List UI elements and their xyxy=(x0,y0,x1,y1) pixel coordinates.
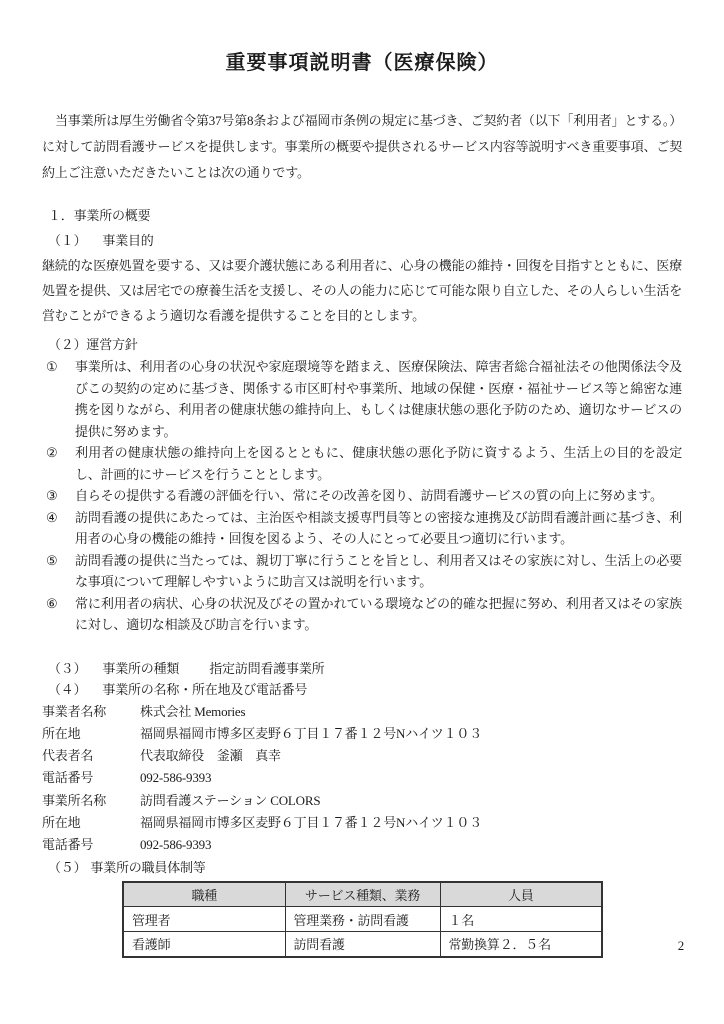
field-row: 代表者名 代表取締役 釜瀬 真幸 xyxy=(42,745,682,767)
subsection-title: 事業所の種類 xyxy=(102,661,179,676)
subsection-4-name-address-heading: （４）事業所の名称・所在地及び電話番号 xyxy=(42,679,682,701)
field-value: 福岡県福岡市博多区麦野６丁目１７番１２号Nハイツ１０３ xyxy=(140,723,682,745)
table-header-role: 職種 xyxy=(123,882,285,907)
policy-item-text: 訪問看護の提供に当たっては、親切丁寧に行うことを旨とし、利用者又はその家族に対し… xyxy=(75,553,682,590)
circled-number: ④ xyxy=(46,507,57,529)
table-cell-count: 常勤換算２．５名 xyxy=(440,932,602,957)
policy-item: ② 利用者の健康状態の維持向上を図るとともに、健康状態の悪化予防に資するよう、生… xyxy=(42,442,682,485)
policy-list: ① 事業所は、利用者の心身の状況や家庭環境等を踏まえ、医療保険法、障害者総合福祉… xyxy=(42,356,682,636)
policy-item: ① 事業所は、利用者の心身の状況や家庭環境等を踏まえ、医療保険法、障害者総合福祉… xyxy=(42,356,682,442)
subsection-1-purpose-heading: （１）事業目的 xyxy=(42,228,682,253)
field-label: 電話番号 xyxy=(42,834,140,856)
policy-item: ④ 訪問看護の提供にあたっては、主治医や相談支援専門員等との密接な連携及び訪問看… xyxy=(42,507,682,550)
field-label: 所在地 xyxy=(42,723,140,745)
table-cell-service: 管理業務・訪問看護 xyxy=(285,907,440,932)
field-value: 092-586-9393 xyxy=(140,767,682,789)
table-header-row: 職種 サービス種類、業務 人員 xyxy=(123,882,602,907)
circled-number: ① xyxy=(46,356,57,378)
subsection-title: 事業目的 xyxy=(102,233,153,248)
table-header-count: 人員 xyxy=(440,882,602,907)
field-value: 代表取締役 釜瀬 真幸 xyxy=(140,745,682,767)
document-content: 重要事項説明書（医療保険） 当事業所は厚生労働省令第37号第8条および福岡市条例… xyxy=(0,0,724,958)
circled-number: ⑥ xyxy=(46,593,57,615)
business-type-value: 指定訪問看護事業所 xyxy=(209,661,324,676)
policy-item-text: 自らその提供する看護の評価を行い、常にその改善を図り、訪問看護サービスの質の向上… xyxy=(75,488,663,503)
field-label: 所在地 xyxy=(42,812,140,834)
policy-item-text: 常に利用者の病状、心身の状況及びその置かれている環境などの的確な把握に努め、利用… xyxy=(75,596,682,633)
policy-item: ⑥ 常に利用者の病状、心身の状況及びその置かれている環境などの的確な把握に努め、… xyxy=(42,593,682,636)
policy-item-text: 事業所は、利用者の心身の状況や家庭環境等を踏まえ、医療保険法、障害者総合福祉法そ… xyxy=(75,359,682,439)
field-label: 事業者名称 xyxy=(42,701,140,723)
table-row: 看護師 訪問看護 常勤換算２．５名 xyxy=(123,932,602,957)
field-row: 電話番号 092-586-9393 xyxy=(42,834,682,856)
table-cell-role: 管理者 xyxy=(123,907,285,932)
table-cell-service: 訪問看護 xyxy=(285,932,440,957)
field-value: 株式会社 Memories xyxy=(140,701,682,723)
circled-number: ③ xyxy=(46,485,57,507)
field-label: 事業所名称 xyxy=(42,790,140,812)
table-header-service: サービス種類、業務 xyxy=(285,882,440,907)
circled-number: ⑤ xyxy=(46,550,57,572)
field-row: 所在地 福岡県福岡市博多区麦野６丁目１７番１２号Nハイツ１０３ xyxy=(42,812,682,834)
table-cell-role: 看護師 xyxy=(123,932,285,957)
policy-item-text: 訪問看護の提供にあたっては、主治医や相談支援専門員等との密接な連携及び訪問看護計… xyxy=(75,510,682,547)
policy-item-text: 利用者の健康状態の維持向上を図るとともに、健康状態の悪化予防に資するよう、生活上… xyxy=(75,445,682,482)
policy-item: ③ 自らその提供する看護の評価を行い、常にその改善を図り、訪問看護サービスの質の… xyxy=(42,485,682,507)
table-row: 管理者 管理業務・訪問看護 １名 xyxy=(123,907,602,932)
page-title: 重要事項説明書（医療保険） xyxy=(42,0,682,75)
field-row: 所在地 福岡県福岡市博多区麦野６丁目１７番１２号Nハイツ１０３ xyxy=(42,723,682,745)
staffing-table: 職種 サービス種類、業務 人員 管理者 管理業務・訪問看護 １名 看護師 訪問看… xyxy=(122,881,603,958)
subsection-2-policy-heading: （２）運営方針 xyxy=(42,334,682,356)
intro-paragraph: 当事業所は厚生労働省令第37号第8条および福岡市条例の規定に基づき、ご契約者（以… xyxy=(42,108,682,186)
subsection-label: （５） xyxy=(48,860,86,875)
name-address-fields: 事業者名称 株式会社 Memories 所在地 福岡県福岡市博多区麦野６丁目１７… xyxy=(42,701,682,857)
policy-item: ⑤ 訪問看護の提供に当たっては、親切丁寧に行うことを旨とし、利用者又はその家族に… xyxy=(42,550,682,593)
field-value: 092-586-9393 xyxy=(140,834,682,856)
section-1-heading: １．事業所の概要 xyxy=(42,203,682,228)
subsection-3-type-heading: （３）事業所の種類指定訪問看護事業所 xyxy=(42,658,682,680)
subsection-title: 運営方針 xyxy=(86,337,137,352)
subsection-label: （２） xyxy=(48,337,86,352)
subsection-label: （４） xyxy=(48,682,86,697)
table-cell-count: １名 xyxy=(440,907,602,932)
field-row: 電話番号 092-586-9393 xyxy=(42,767,682,789)
field-value: 訪問看護ステーション COLORS xyxy=(140,790,682,812)
subsection-title: 事業所の名称・所在地及び電話番号 xyxy=(102,682,307,697)
subsection-title: 事業所の職員体制等 xyxy=(90,860,205,875)
circled-number: ② xyxy=(46,442,57,464)
document-page: 重要事項説明書（医療保険） 当事業所は厚生労働省令第37号第8条および福岡市条例… xyxy=(0,0,724,1024)
subsection-label: （３） xyxy=(48,661,86,676)
field-row: 事業者名称 株式会社 Memories xyxy=(42,701,682,723)
field-label: 代表者名 xyxy=(42,745,140,767)
purpose-body: 継続的な医療処置を要する、又は要介護状態にある利用者に、心身の機能の維持・回復を… xyxy=(42,253,682,328)
field-label: 電話番号 xyxy=(42,767,140,789)
field-row: 事業所名称 訪問看護ステーション COLORS xyxy=(42,790,682,812)
field-value: 福岡県福岡市博多区麦野６丁目１７番１２号Nハイツ１０３ xyxy=(140,812,682,834)
subsection-5-staffing-heading: （５）事業所の職員体制等 xyxy=(42,857,682,879)
page-number: 2 xyxy=(678,938,684,954)
subsection-label: （１） xyxy=(48,233,86,248)
